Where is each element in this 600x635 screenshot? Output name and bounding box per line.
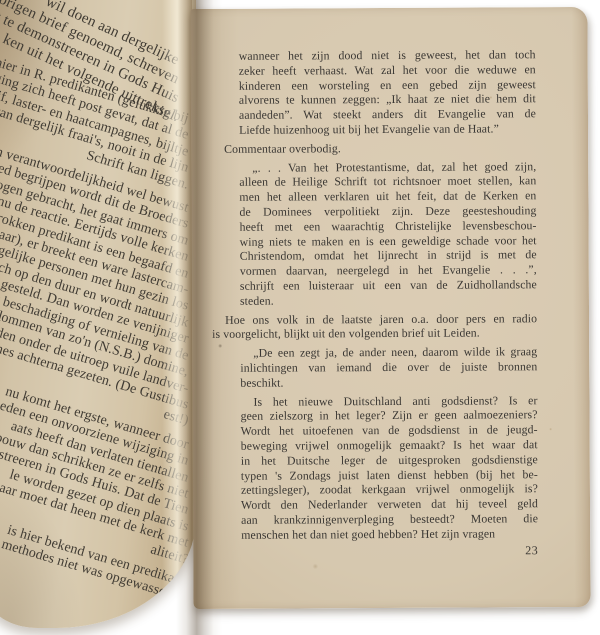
page-number: 23	[213, 543, 538, 560]
text-line: wanneer het zijn dood niet is geweest, h…	[239, 47, 536, 63]
text-line: de Dominees verpolitiekt zijn. Deze gees…	[239, 203, 536, 219]
text-line: aan krankzinnigenverpleging besteedt? Mo…	[241, 511, 538, 527]
text-line: Christendom, omdat het lijnrecht in stri…	[240, 248, 537, 264]
left-page: wil doen aan dergelijkevorigen brief gen…	[0, 0, 196, 628]
text-line: menschen het dan niet goed hebben? Het z…	[241, 526, 538, 542]
text-line: kinderen een worsteling en een gebed zij…	[239, 77, 536, 93]
paragraph: is hier bekend van een predikant,methode…	[0, 576, 188, 609]
text-line: typen 's Zondags juist laten dienst hebb…	[241, 467, 538, 483]
text-line: aandeden”. Wat steekt anders dit Evangel…	[239, 106, 536, 122]
book-photo: wil doen aan dergelijkevorigen brief gen…	[0, 0, 600, 635]
text-line: Wordt het uitoefenen van de godsdienst i…	[241, 422, 538, 438]
text-line: schrijft een luisteraar uit een van de Z…	[240, 277, 537, 293]
right-page: wanneer het zijn dood niet is geweest, h…	[190, 7, 590, 609]
text-line: is voorgelicht, blijkt uit den volgenden…	[212, 326, 537, 342]
text-line: Commentaar overbodig.	[211, 140, 536, 156]
text-line: „De een zegt ja, de ander neen, daarom w…	[240, 344, 537, 360]
text-line: Liefde huizenhoog uit bij het Evangelie …	[239, 121, 536, 137]
text-line: Hoe ons volk in de laatste jaren o.a. do…	[212, 311, 537, 327]
text-line: zeker heeft verhaast. Wat zal het voor d…	[239, 62, 536, 78]
paragraph: „. . . Van het Protestantisme, dat, zal …	[239, 159, 537, 309]
left-page-text: hier in R. predikanten (gelukkig bijuigi…	[0, 112, 188, 609]
text-line: beschikt.	[240, 374, 537, 390]
text-line: geen zielszorg in het leger? Zijn er gee…	[241, 408, 538, 424]
paragraph: Hoe ons volk in de laatste jaren o.a. do…	[212, 311, 537, 342]
paragraph: Is het nieuwe Duitschland anti godsdiens…	[240, 393, 538, 543]
text-line: Is het nieuwe Duitschland anti godsdiens…	[240, 393, 537, 409]
text-line: in het Duitsche leger de uitgesproken go…	[241, 452, 538, 468]
paragraph: „De een zegt ja, de ander neen, daarom w…	[240, 344, 537, 390]
text-line: wing niets te maken en is een geweldige …	[240, 233, 537, 249]
text-line: Wordt den Nederlander verweten dat hij t…	[241, 496, 538, 512]
right-page-text: wanneer het zijn dood niet is geweest, h…	[211, 47, 539, 542]
text-line: vormen daarvan, neergelegd in het Evange…	[240, 262, 537, 278]
paragraph: Commentaar overbodig.	[211, 140, 536, 156]
text-line: „. . . Van het Protestantisme, dat, zal …	[239, 159, 536, 175]
text-line: beweging vrijwel onmogelijk gemaakt? Is …	[241, 437, 538, 453]
text-line: steden.	[240, 292, 537, 308]
text-line: heeft met een waarachtig Christelijke le…	[240, 218, 537, 234]
text-line: zettingsleger), zoodat kerkgaan vrijwel …	[241, 482, 538, 498]
text-line: alvorens te kunnen zeggen: „Ik haat ze n…	[239, 92, 536, 108]
paragraph: wanneer het zijn dood niet is geweest, h…	[239, 47, 536, 137]
text-line: men het alleen verklaren uit het feit, d…	[239, 188, 536, 204]
text-line: alleen de Heilige Schrift tot richtsnoer…	[239, 174, 536, 190]
page-curl-highlight	[162, 0, 192, 594]
text-line: inlichtingen van iemand die over de juis…	[240, 359, 537, 375]
